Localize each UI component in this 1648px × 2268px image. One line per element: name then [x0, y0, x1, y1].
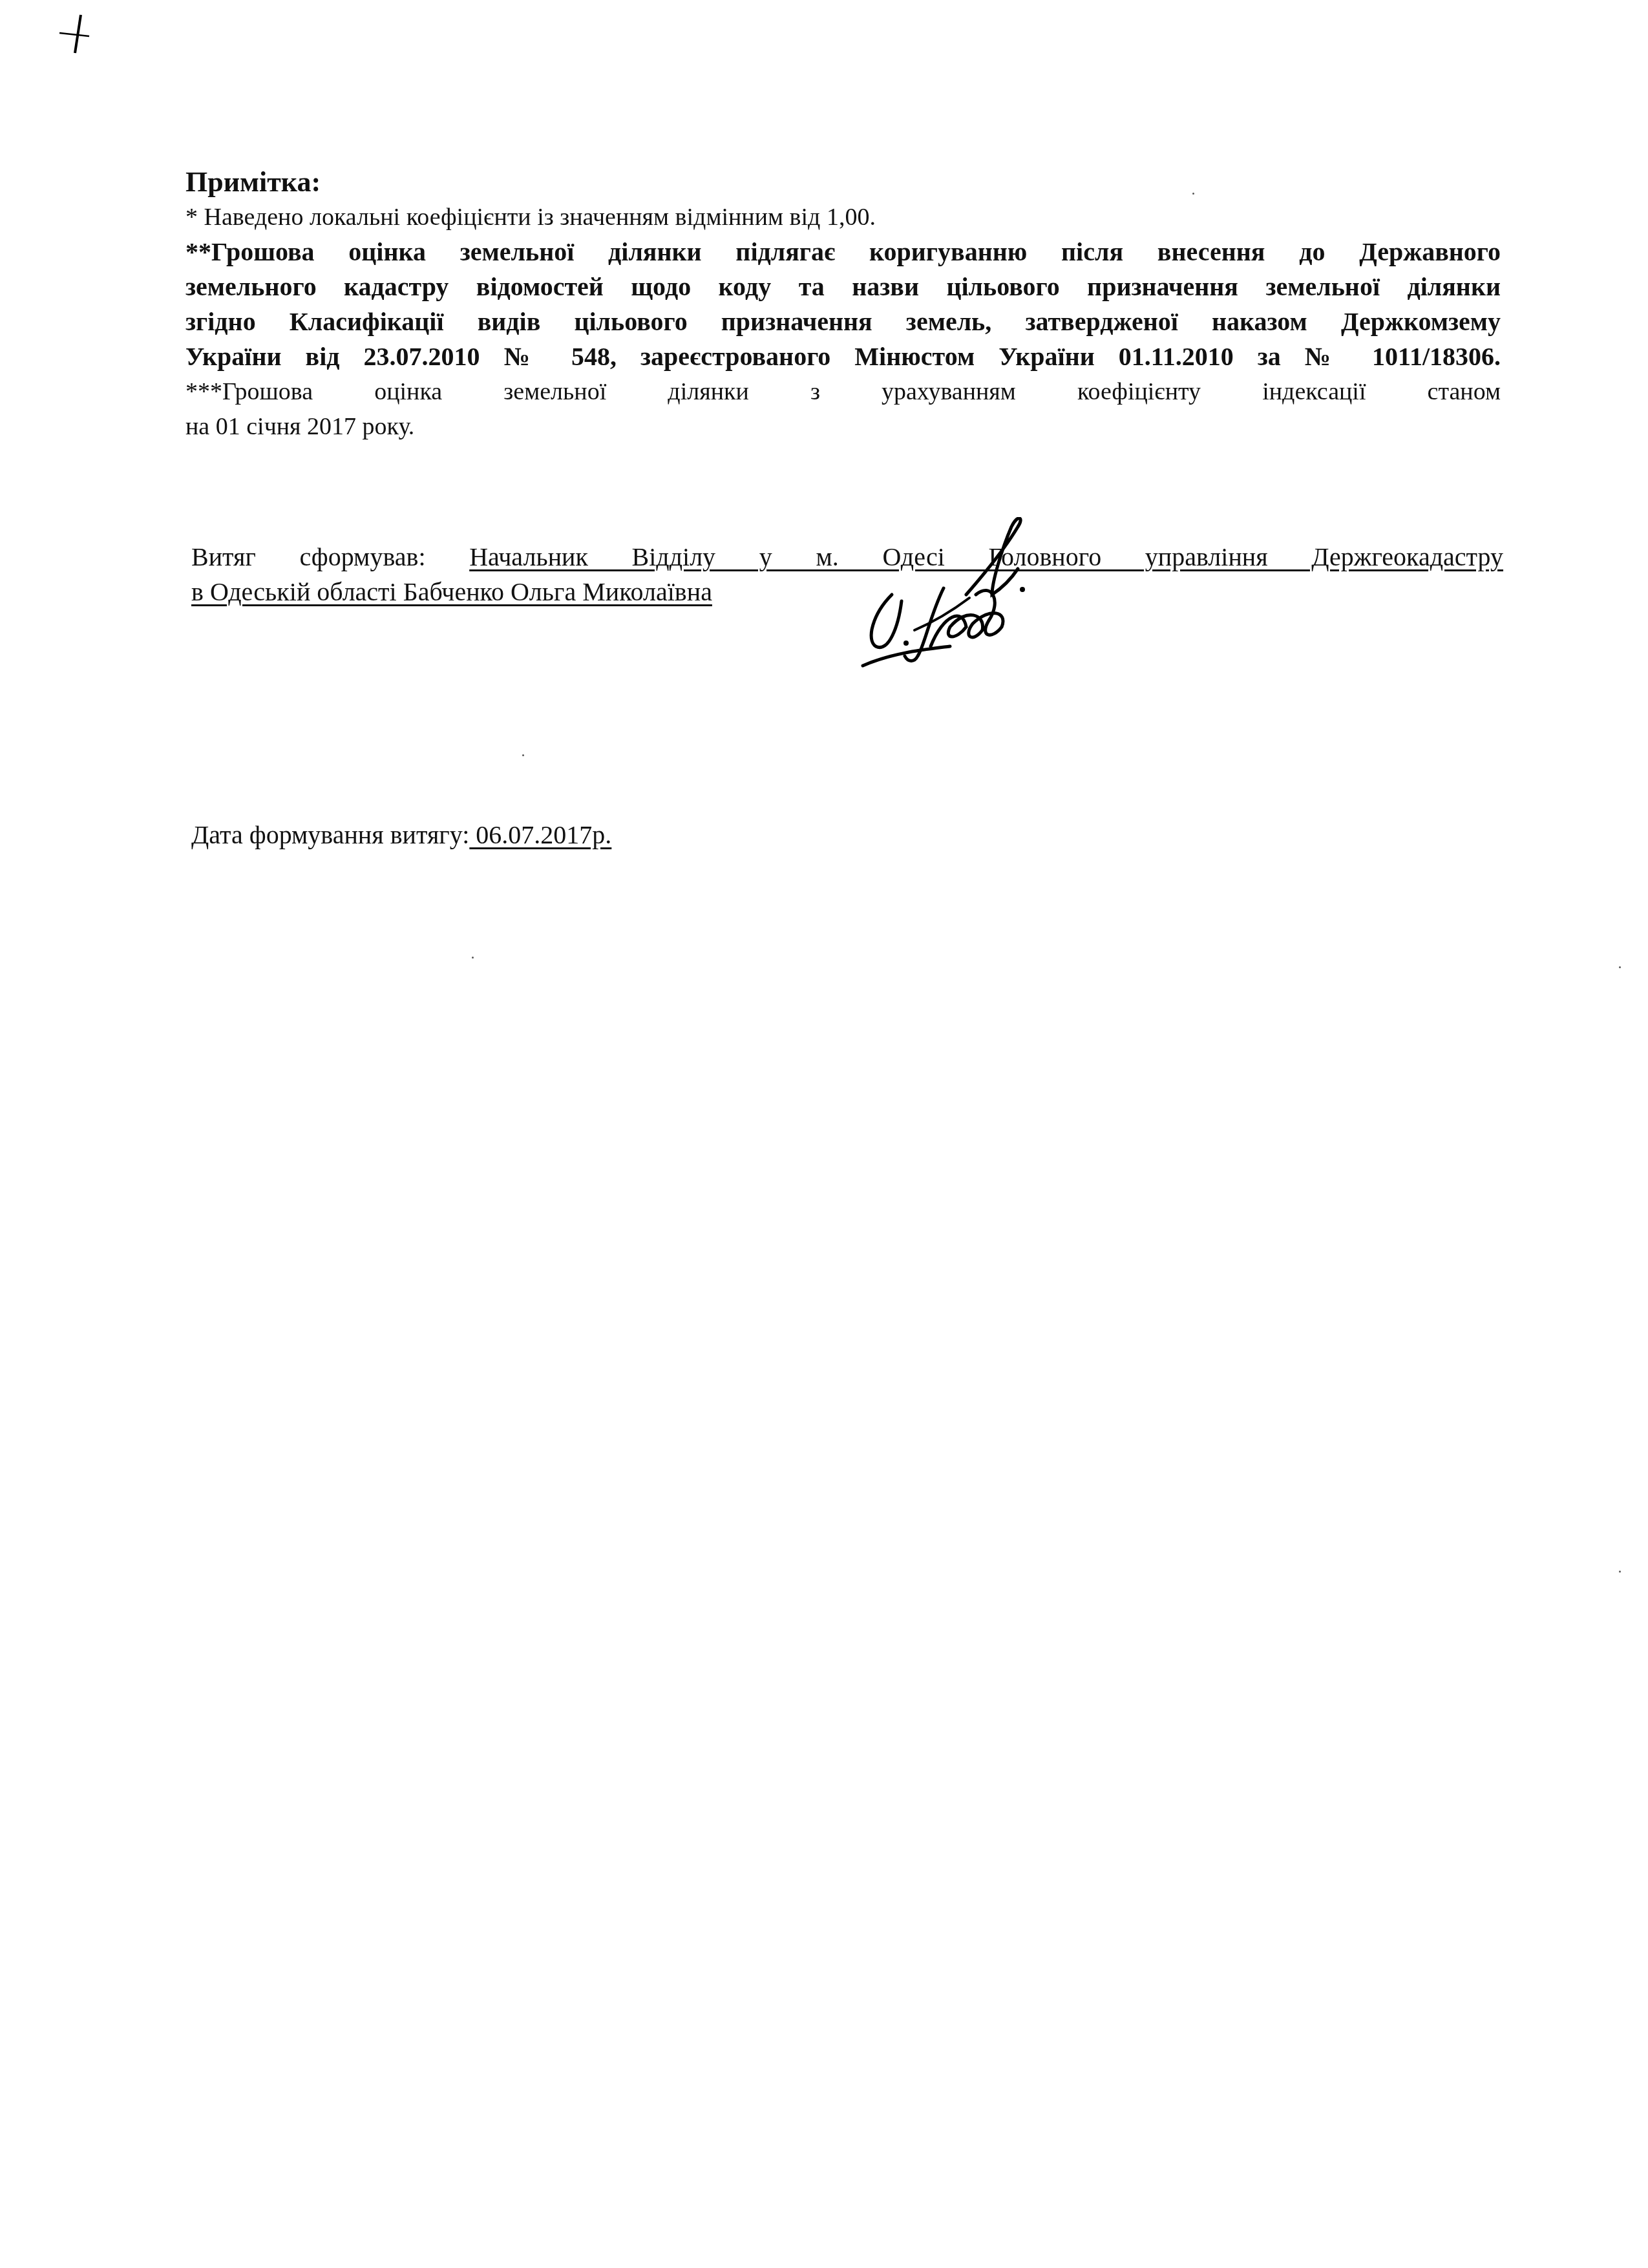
extract-date-value: 06.07.2017р. — [469, 820, 611, 849]
note-local-coefficients: * Наведено локальні коефіцієнти із значе… — [185, 200, 1501, 235]
handwritten-cross-mark-icon — [57, 13, 96, 55]
compiled-by-line-1: Витяг сформував: Начальник Відділу у м. … — [191, 540, 1503, 575]
extract-date-label: Дата формування витягу: — [191, 820, 469, 849]
compiled-by-label: Витяг сформував: — [191, 542, 426, 571]
note-correction-line-3: згідно Класифікації видів цільового приз… — [185, 304, 1501, 339]
note-title: Примітка: — [185, 165, 1501, 200]
notes-section: Примітка: * Наведено локальні коефіцієнт… — [185, 165, 1501, 444]
compiled-by-line-2: в Одеській області Бабченко Ольга Микола… — [191, 575, 1503, 609]
note-correction-line-2: земельного кадастру відомостей щодо коду… — [185, 270, 1501, 304]
handwritten-signature-icon — [853, 517, 1125, 679]
scan-speck — [1619, 1571, 1621, 1573]
note-correction-line-1: **Грошова оцінка земельної ділянки підля… — [185, 235, 1501, 270]
document-page: Примітка: * Наведено локальні коефіцієнт… — [0, 0, 1648, 2268]
scan-speck — [1619, 966, 1621, 968]
note-correction-line-4: України від 23.07.2010 № 548, зареєстров… — [185, 339, 1501, 374]
compiled-by-name: в Одеській області Бабченко Ольга Микола… — [191, 577, 712, 606]
scan-speck — [1192, 193, 1194, 195]
scan-speck — [522, 754, 524, 756]
note-indexation-line-2: на 01 січня 2017 року. — [185, 409, 1501, 444]
extract-date-section: Дата формування витягу: 06.07.2017р. — [191, 818, 611, 853]
note-indexation-line-1: ***Грошова оцінка земельної ділянки з ур… — [185, 374, 1501, 409]
scan-speck — [472, 957, 474, 959]
compiled-by-section: Витяг сформував: Начальник Відділу у м. … — [191, 540, 1503, 609]
